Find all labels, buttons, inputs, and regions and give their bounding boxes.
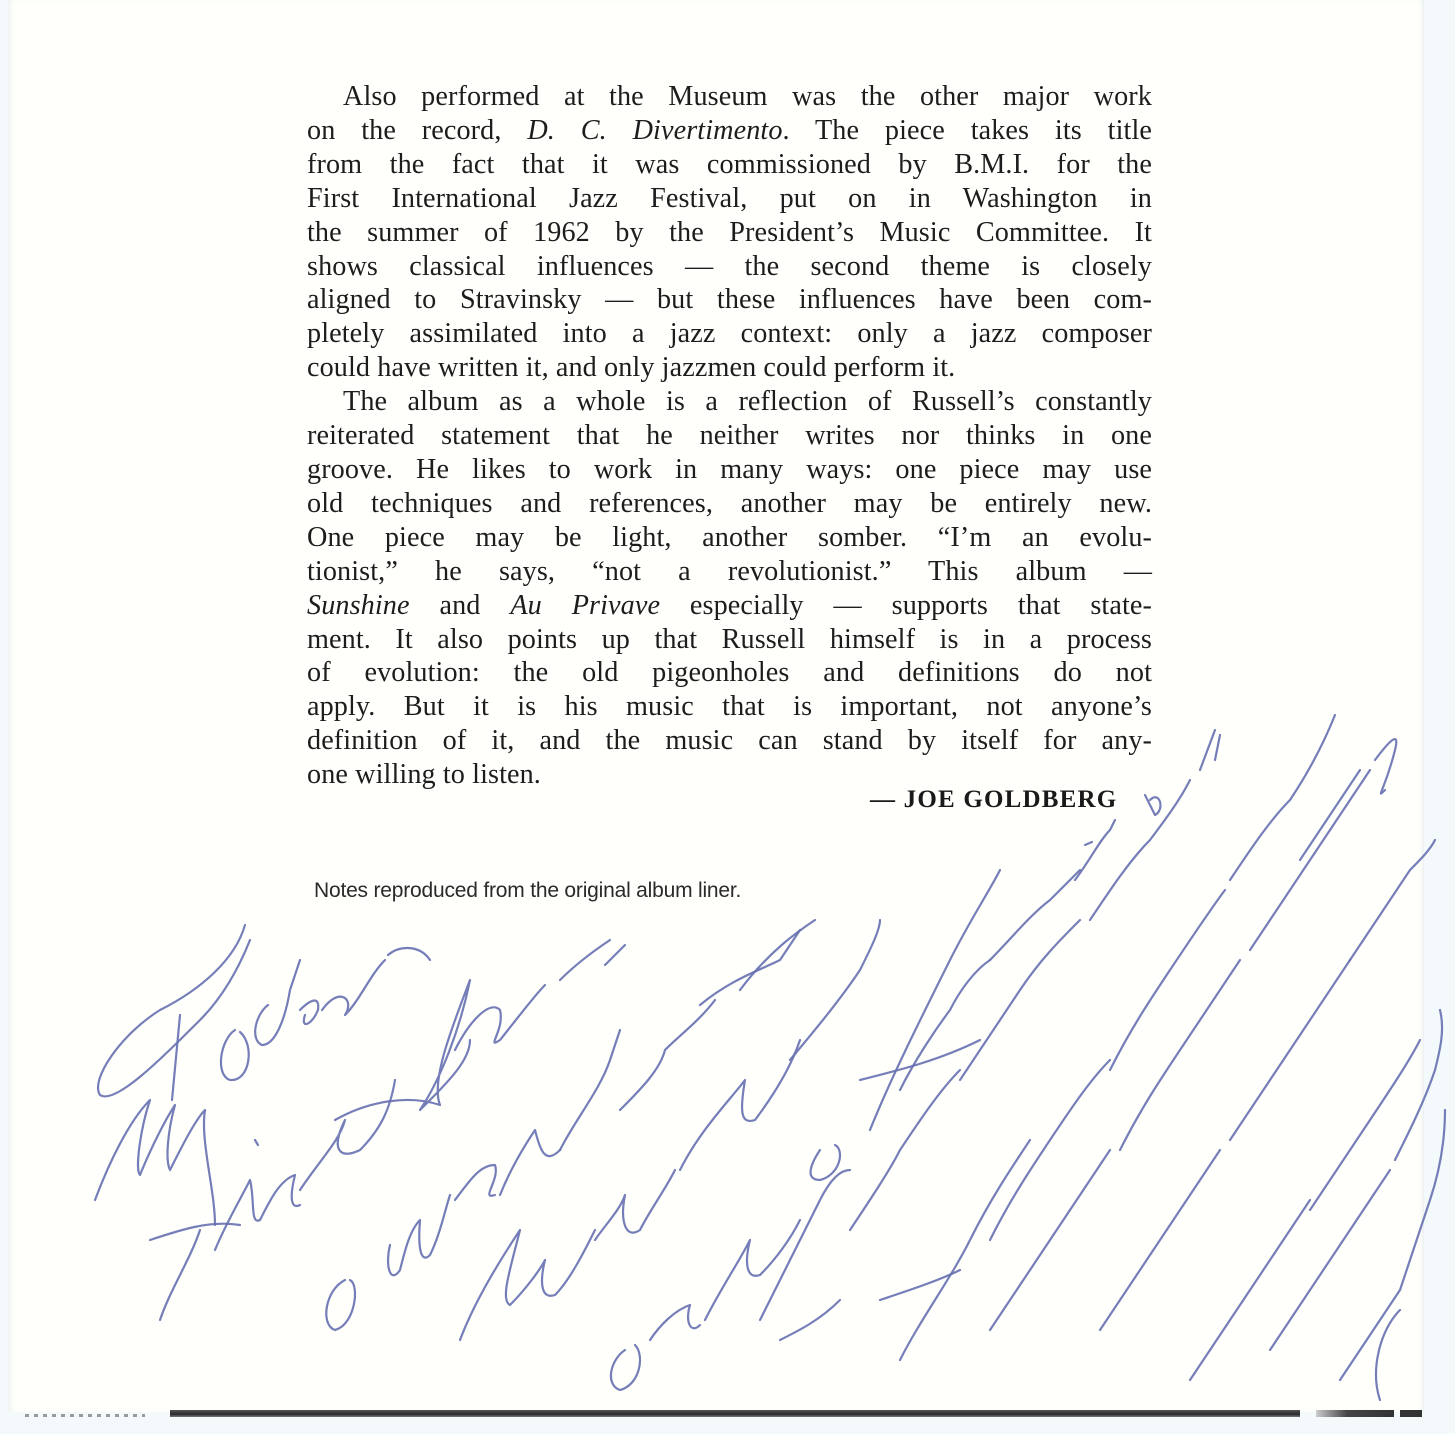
text-line: reiterated statement that he neither wri… — [307, 419, 1152, 453]
text-line: could have written it, and only jazzmen … — [307, 351, 1152, 385]
text-line: ment. It also points up that Russell him… — [307, 623, 1152, 657]
text-line: shows classical influences — the second … — [307, 250, 1152, 284]
text-line: One piece may be light, another somber. … — [307, 521, 1152, 555]
text-line: First International Jazz Festival, put o… — [307, 182, 1152, 216]
italic-title: Sunshine — [307, 590, 410, 621]
text-line: pletely assimilated into a jazz context:… — [307, 317, 1152, 351]
text-line: groove. He likes to work in many ways: o… — [307, 453, 1152, 487]
text-line: aligned to Stravinsky — but these influe… — [307, 283, 1152, 317]
text-line: on the record, D. C. Divertimento. The p… — [307, 114, 1152, 148]
text-line: from the fact that it was commissioned b… — [307, 148, 1152, 182]
text-line: The album as a whole is a reflection of … — [307, 385, 1152, 419]
liner-paragraph: The album as a whole is a reflection of … — [307, 385, 1152, 792]
scan-edge-dots — [25, 1414, 145, 1417]
text-line: tionist,” he says, “not a revolutionist.… — [307, 555, 1152, 589]
author-attribution: — JOE GOLDBERG — [870, 786, 1117, 814]
text-line: of evolution: the old pigeonholes and de… — [307, 656, 1152, 690]
text-line: Sunshine and Au Privave especially — sup… — [307, 589, 1152, 623]
italic-title: Au Privave — [510, 590, 660, 621]
liner-paragraph: Also performed at the Museum was the oth… — [307, 80, 1152, 385]
italic-title: D. C. Divertimento — [527, 115, 782, 146]
scan-edge-shadow — [170, 1410, 1300, 1417]
text-line: old techniques and references, another m… — [307, 487, 1152, 521]
text-line: the summer of 1962 by the President’s Mu… — [307, 216, 1152, 250]
scan-edge-shadow-tail — [1316, 1410, 1394, 1417]
text-line: definition of it, and the music can stan… — [307, 724, 1152, 758]
source-note: Notes reproduced from the original album… — [314, 879, 741, 903]
scan-edge-shadow-end — [1400, 1410, 1422, 1417]
liner-notes-body: Also performed at the Museum was the oth… — [307, 80, 1152, 792]
text-line: Also performed at the Museum was the oth… — [307, 80, 1152, 114]
text-line: apply. But it is his music that is impor… — [307, 690, 1152, 724]
